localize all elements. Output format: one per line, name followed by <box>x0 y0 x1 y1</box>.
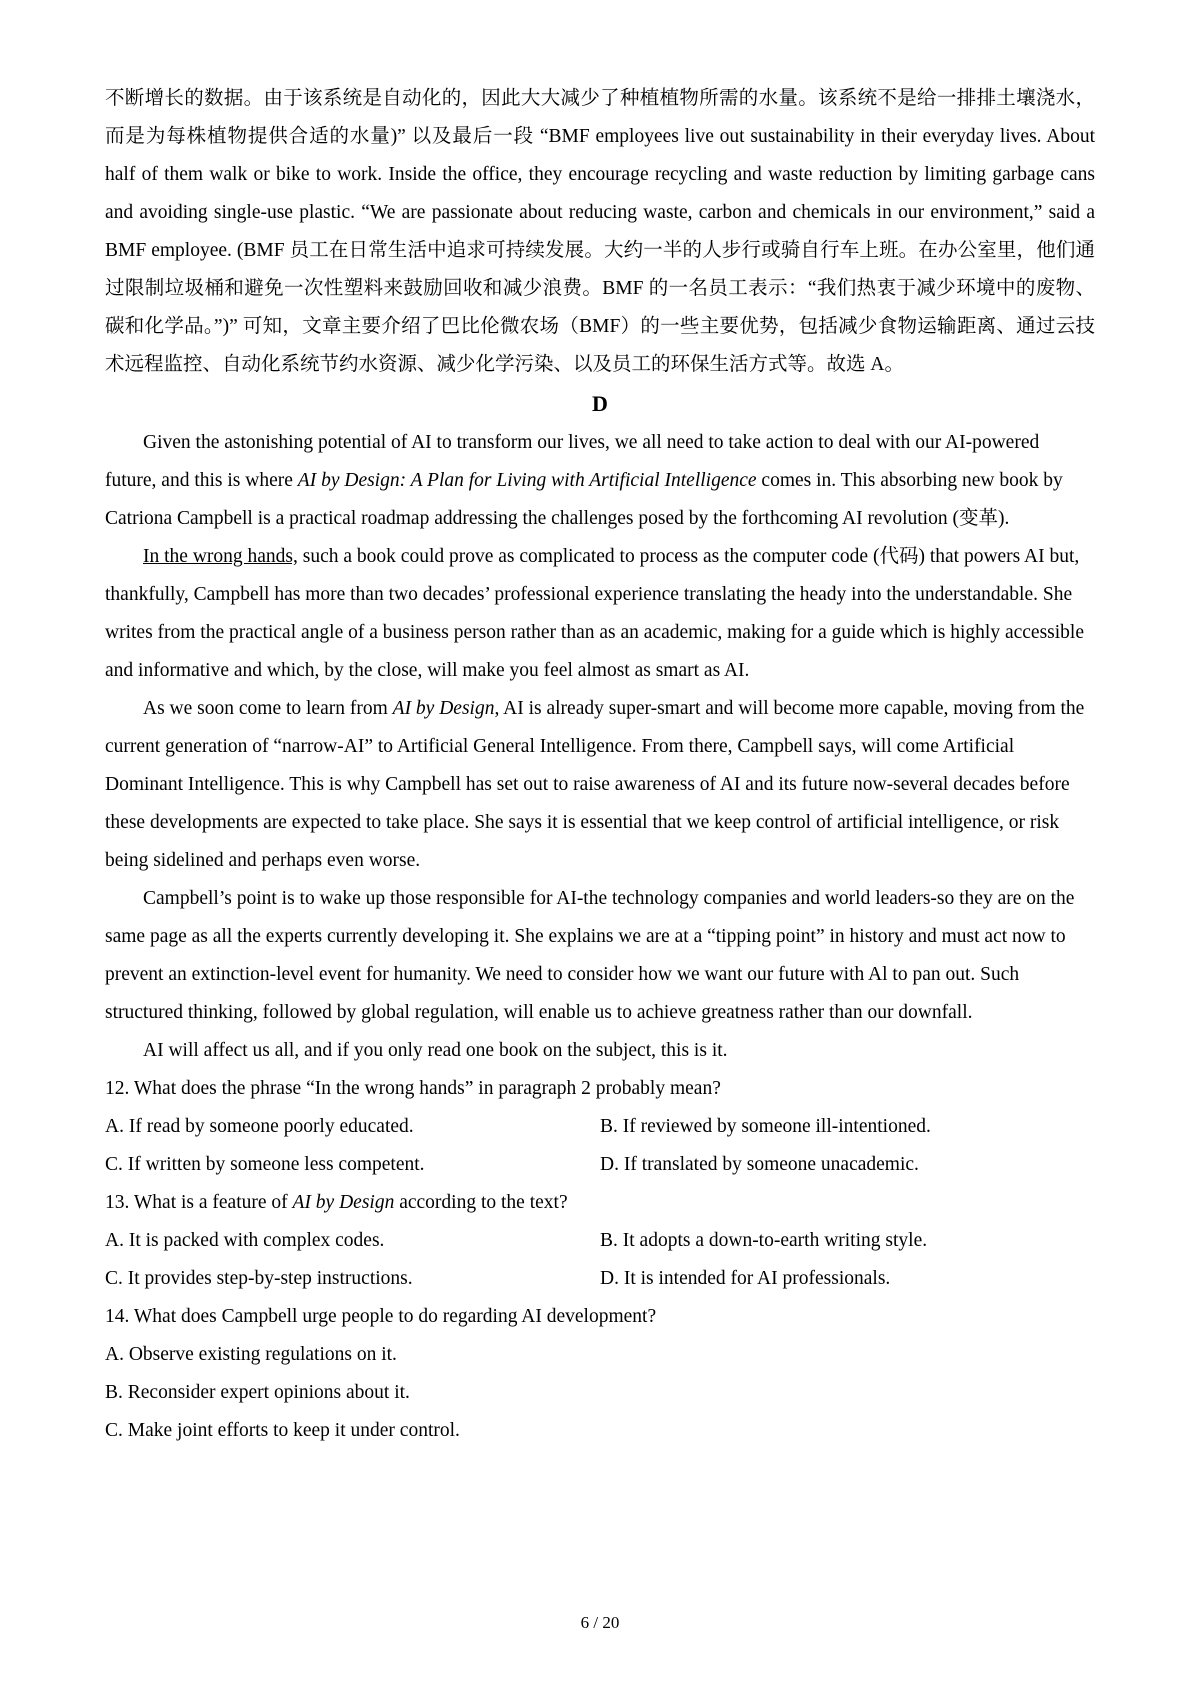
question-13-options-row-2: C. It provides step-by-step instructions… <box>105 1260 1095 1298</box>
passage-paragraph-3: As we soon come to learn from AI by Desi… <box>105 690 1095 880</box>
question-14-option-c: C. Make joint efforts to keep it under c… <box>105 1412 1095 1450</box>
question-14: 14. What does Campbell urge people to do… <box>105 1298 1095 1336</box>
passage-paragraph-2: In the wrong hands, such a book could pr… <box>105 538 1095 690</box>
question-12: 12. What does the phrase “In the wrong h… <box>105 1070 1095 1108</box>
question-12-option-a: A. If read by someone poorly educated. <box>105 1108 600 1146</box>
section-d-heading: D <box>105 384 1095 424</box>
question-13-option-b: B. It adopts a down-to-earth writing sty… <box>600 1222 1095 1260</box>
question-14-option-b: B. Reconsider expert opinions about it. <box>105 1374 1095 1412</box>
question-14-option-a: A. Observe existing regulations on it. <box>105 1336 1095 1374</box>
book-title-italic: AI by Design: A Plan for Living with Art… <box>298 470 757 491</box>
passage-paragraph-5: AI will affect us all, and if you only r… <box>105 1032 1095 1070</box>
question-13-option-a: A. It is packed with complex codes. <box>105 1222 600 1260</box>
paragraph-3-text: As we soon come to learn from <box>143 698 393 719</box>
question-13-option-c: C. It provides step-by-step instructions… <box>105 1260 600 1298</box>
question-13-text-cont: according to the text? <box>394 1192 567 1213</box>
underlined-phrase: In the wrong hands, <box>143 546 298 567</box>
question-13-option-d: D. It is intended for AI professionals. <box>600 1260 1095 1298</box>
paragraph-3-text-cont: , AI is already super-smart and will bec… <box>105 698 1084 871</box>
page-number: 6 / 20 <box>0 1613 1200 1633</box>
answer-analysis-paragraph: 不断增长的数据。由于该系统是自动化的，因此大大减少了种植植物所需的水量。该系统不… <box>105 80 1095 384</box>
document-page: 不断增长的数据。由于该系统是自动化的，因此大大减少了种植植物所需的水量。该系统不… <box>0 0 1200 1450</box>
passage-paragraph-1: Given the astonishing potential of AI to… <box>105 424 1095 538</box>
question-12-option-d: D. If translated by someone unacademic. <box>600 1146 1095 1184</box>
question-13-book-title-italic: AI by Design <box>293 1192 395 1213</box>
question-12-options-row-2: C. If written by someone less competent.… <box>105 1146 1095 1184</box>
question-13: 13. What is a feature of AI by Design ac… <box>105 1184 1095 1222</box>
book-title-short-italic: AI by Design <box>393 698 495 719</box>
passage-paragraph-4: Campbell’s point is to wake up those res… <box>105 880 1095 1032</box>
question-13-options-row-1: A. It is packed with complex codes. B. I… <box>105 1222 1095 1260</box>
question-12-option-c: C. If written by someone less competent. <box>105 1146 600 1184</box>
question-13-text: 13. What is a feature of <box>105 1192 293 1213</box>
question-12-options-row-1: A. If read by someone poorly educated. B… <box>105 1108 1095 1146</box>
question-12-option-b: B. If reviewed by someone ill-intentione… <box>600 1108 1095 1146</box>
